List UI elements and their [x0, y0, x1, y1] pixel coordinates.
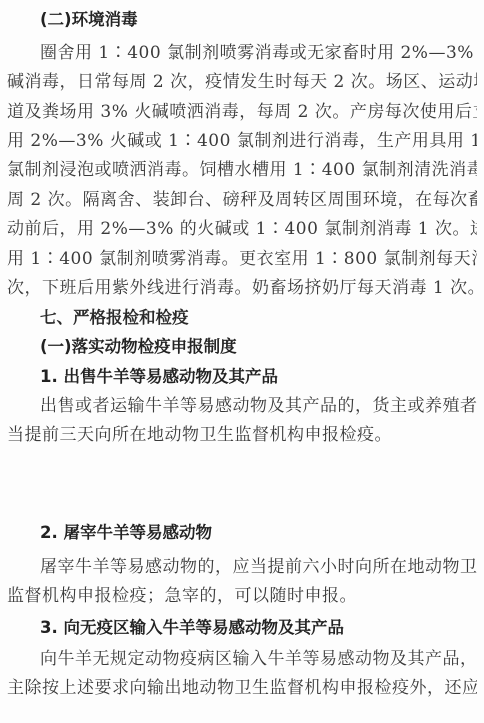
paragraph-line: 用 1∶400 氯制剂喷雾消毒。更衣室用 1∶800 氯制剂每天消毒 1 — [7, 248, 477, 270]
paragraph-line: 氯制剂浸泡或喷洒消毒。饲槽水槽用 1∶400 氯制剂清洗消毒，每 — [7, 159, 477, 181]
section-heading-quarantine-reporting: (一)落实动物检疫申报制度 — [40, 336, 237, 358]
paragraph-line: 用 2%—3% 火碱或 1∶400 氯制剂进行消毒，生产用具用 1∶400 — [7, 130, 477, 152]
paragraph-line: 碱消毒，日常每周 2 次，疫情发生时每天 2 次。场区、运动场、主干 — [7, 71, 477, 93]
paragraph-line: 次，下班后用紫外线进行消毒。奶畜场挤奶厅每天消毒 1 次。 — [7, 277, 477, 299]
paragraph-line: 周 2 次。隔离舍、装卸台、磅秤及周转区周围环境，在每次畜群流 — [7, 189, 477, 211]
paragraph-line: 屠宰牛羊等易感动物的，应当提前六小时向所在地动物卫生 — [40, 556, 477, 578]
subsection-heading-1: 1. 出售牛羊等易感动物及其产品 — [40, 366, 278, 388]
subsection-heading-3: 3. 向无疫区输入牛羊等易感动物及其产品 — [40, 617, 344, 639]
paragraph-line: 道及粪场用 3% 火碱喷洒消毒，每周 2 次。产房每次使用后立即 — [7, 101, 477, 123]
paragraph-line: 动前后，用 2%—3% 的火碱或 1∶400 氯制剂消毒 1 次。进场车辆 — [7, 218, 477, 240]
subsection-heading-2: 2. 屠宰牛羊等易感动物 — [40, 522, 212, 544]
paragraph-line: 向牛羊无规定动物疫病区输入牛羊等易感动物及其产品，货 — [40, 648, 477, 670]
paragraph-line: 监督机构申报检疫；急宰的，可以随时申报。 — [7, 585, 477, 607]
section-heading-environment-disinfection: (二)环境消毒 — [40, 9, 138, 31]
paragraph-line: 主除按上述要求向输出地动物卫生监督机构申报检疫外，还应当 — [7, 677, 477, 699]
chapter-heading-inspection-quarantine: 七、严格报检和检疫 — [40, 307, 189, 329]
document-page: (二)环境消毒 圈舍用 1∶400 氯制剂喷雾消毒或无家畜时用 2%—3% 的火… — [0, 0, 484, 723]
paragraph-line: 出售或者运输牛羊等易感动物及其产品的，货主或养殖者应 — [40, 395, 477, 417]
paragraph-line: 圈舍用 1∶400 氯制剂喷雾消毒或无家畜时用 2%—3% 的火 — [40, 42, 477, 64]
paragraph-line: 当提前三天向所在地动物卫生监督机构申报检疫。 — [7, 424, 477, 446]
